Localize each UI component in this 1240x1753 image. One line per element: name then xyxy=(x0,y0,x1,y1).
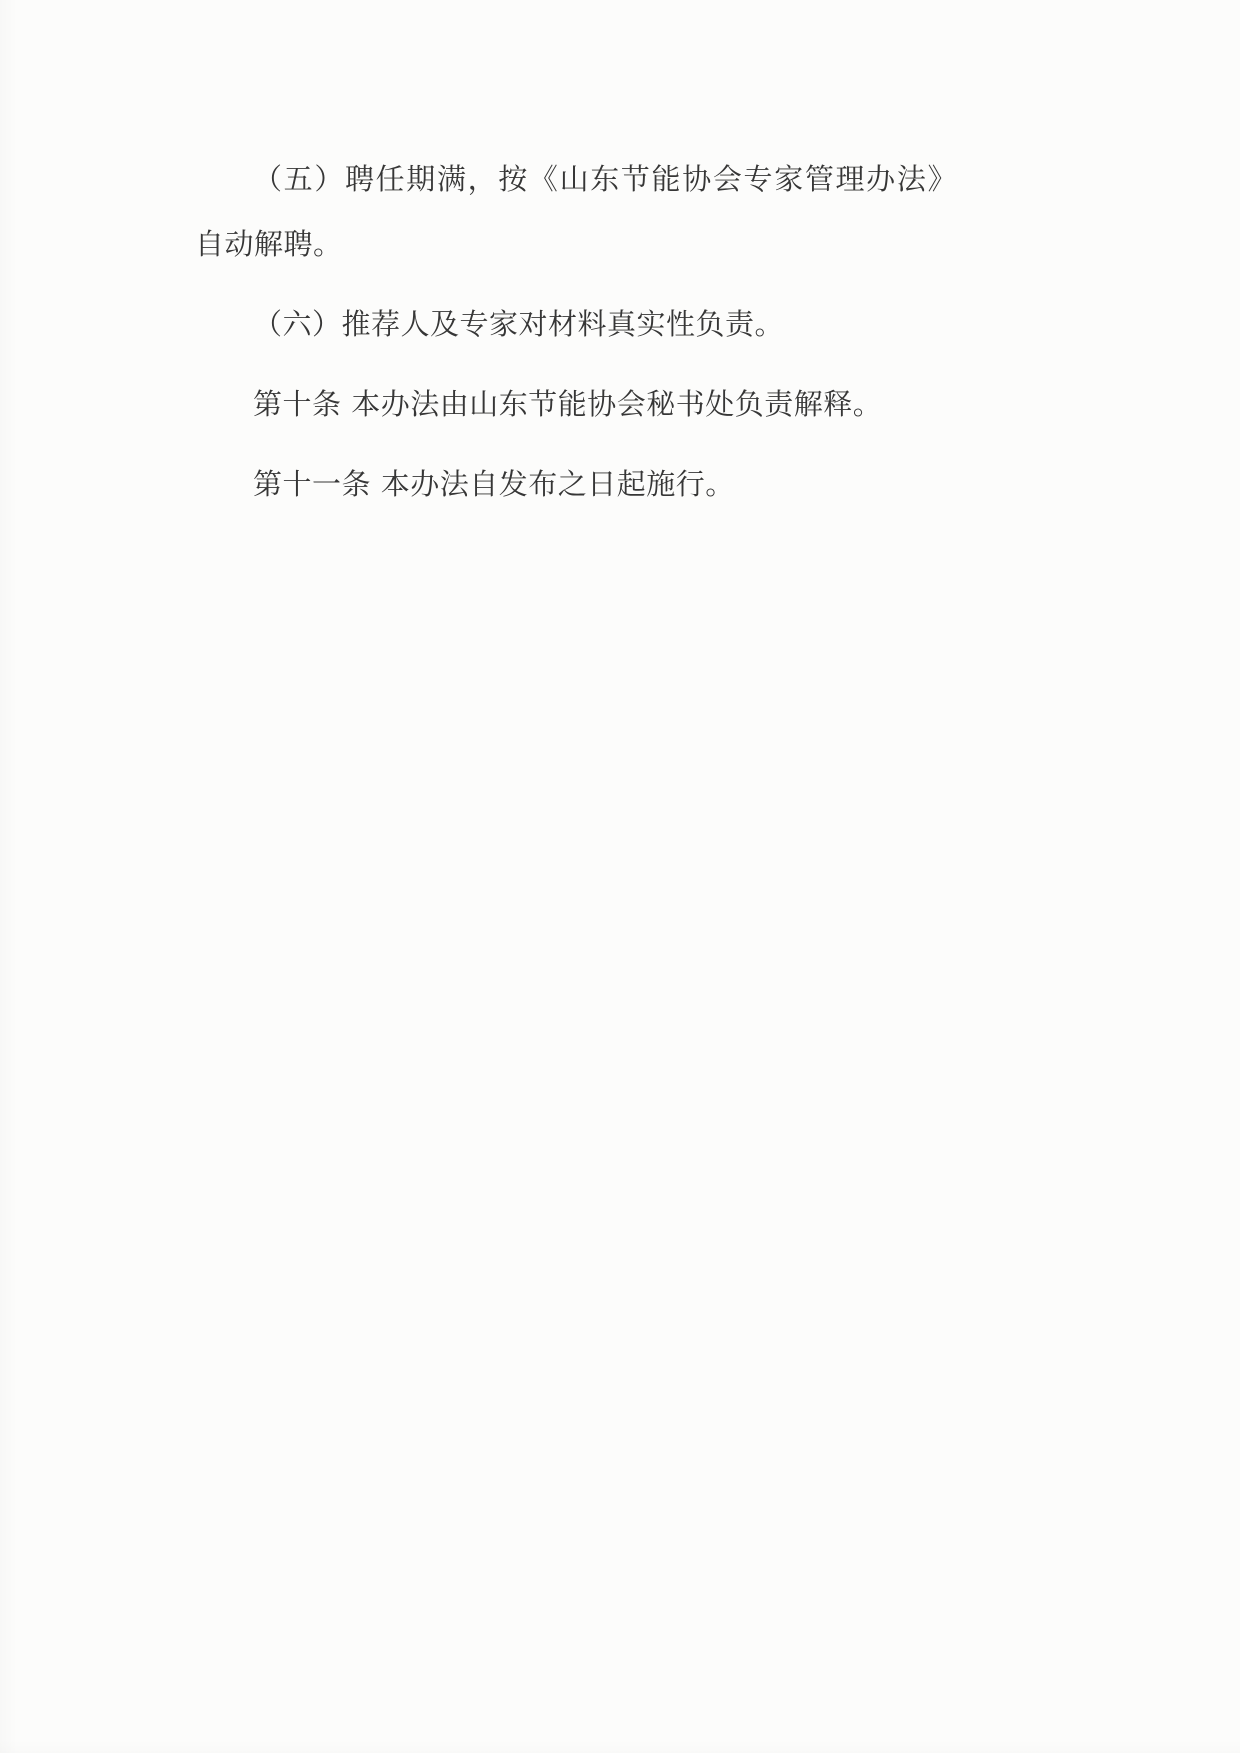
document-text-block: （五）聘任期满，按《山东节能协会专家管理办法》自动解聘。 （六）推荐人及专家对材… xyxy=(195,147,957,532)
article-10: 第十条 本办法由山东节能协会秘书处负责解释。 xyxy=(195,372,957,437)
document-page: （五）聘任期满，按《山东节能协会专家管理办法》自动解聘。 （六）推荐人及专家对材… xyxy=(0,0,1240,1753)
clause-item-5: （五）聘任期满，按《山东节能协会专家管理办法》自动解聘。 xyxy=(195,147,957,277)
article-11: 第十一条 本办法自发布之日起施行。 xyxy=(195,452,957,517)
clause-item-6: （六）推荐人及专家对材料真实性负责。 xyxy=(195,292,957,357)
